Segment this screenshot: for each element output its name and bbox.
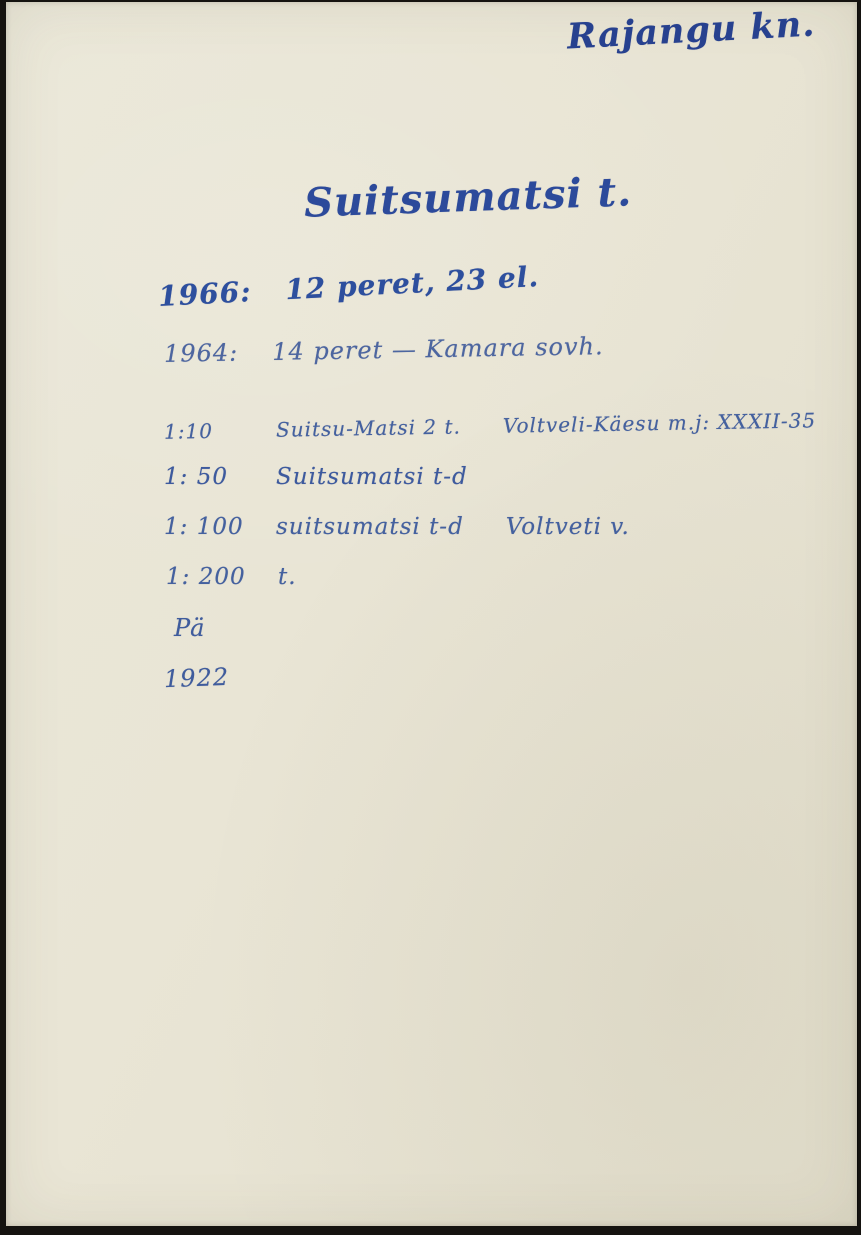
corner-note: Rajangu kn. [566, 4, 816, 58]
scale-extra-text: Voltveli-Käesu m.j: XXXII-35 [503, 408, 817, 437]
scale-line-1-50: 1: 50 Suitsumatsi t-d [164, 464, 510, 490]
scale-ratio: 1: 50 [164, 464, 276, 490]
scale-ratio: 1:10 [164, 418, 276, 444]
census-line-1966: 1966: 12 peret, 23 el. [157, 260, 539, 313]
scale-line-1-10: 1:10 Suitsu-Matsi 2 t. Voltveli-Käesu m.… [164, 408, 816, 443]
scale-line-1-200: 1: 200 t. [166, 564, 339, 590]
scale-extra-text: Voltveti v. [506, 514, 630, 540]
paper-card: Rajangu kn. Suitsumatsi t. 1966: 12 pere… [6, 2, 857, 1226]
census-year: 1964: [164, 339, 239, 368]
card-title: Suitsumatsi t. [303, 168, 632, 226]
scale-text: Suitsumatsi t-d [276, 464, 468, 490]
scanned-index-card: Rajangu kn. Suitsumatsi t. 1966: 12 pere… [0, 0, 861, 1235]
scale-ratio: 1: 200 [166, 564, 278, 590]
census-text: 14 peret — Kamara sovh. [272, 332, 604, 366]
scale-text: t. [278, 564, 297, 590]
scale-ratio: 1: 100 [164, 514, 276, 540]
scale-line-1-100: 1: 100 suitsumatsi t-d Voltveti v. [164, 514, 630, 540]
census-line-1964: 1964: 14 peret — Kamara sovh. [164, 332, 604, 368]
census-text: 12 peret, 23 el. [284, 260, 539, 306]
footnote-pa: Pä [174, 614, 205, 642]
scale-text: suitsumatsi t-d [276, 514, 464, 540]
footnote-year: 1922 [164, 663, 230, 693]
scan-edge-bottom [0, 1225, 861, 1235]
census-year: 1966: [157, 275, 252, 313]
scale-text: Suitsu-Matsi 2 t. [276, 415, 461, 442]
